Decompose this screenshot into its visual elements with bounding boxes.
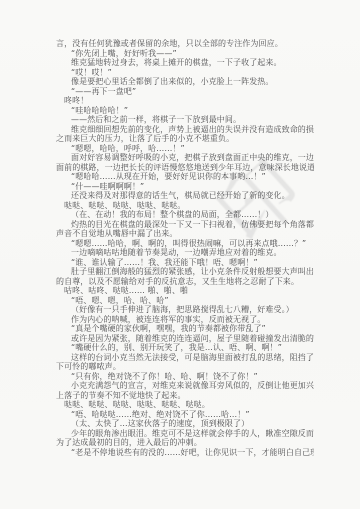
text-line: “只有你，绝对饶不了你！哈、哈、啊！饶不了你！” bbox=[56, 372, 314, 382]
text-line: “老是不停地说些有的没的……好吧，让你见识一下，才能明白自己现在的立场。” bbox=[56, 448, 314, 458]
text-line: “真是个嘴硬的家伙啊，嘿嘿，我的节奏都被你带乱了” bbox=[56, 324, 314, 334]
text-line: “你先闭上嘴，好好听我——” bbox=[56, 49, 314, 59]
text-line: “嗯哈哈……从现在开始，要好好见识你的本事哟…！” bbox=[56, 172, 314, 182]
document-page: 印 言，没有任何犹豫或者保留的余地，只以全部的专注作为回应。“你先闭上嘴，好好听… bbox=[0, 0, 360, 509]
text-line: “谁、谁认输了……！我、我还能下哦！唔、嗯啊！” bbox=[56, 258, 314, 268]
text-line: 之而来巨大的压力，让落了后手的小克不堪重负。 bbox=[56, 134, 314, 144]
text-line: “哎！哎！” bbox=[56, 68, 314, 78]
text-line: 哒哒、哒哒、哒哒、哒哒、哒哒、哒哒。 bbox=[56, 400, 314, 410]
text-line: 下可怜的嘟哝声。 bbox=[56, 362, 314, 372]
text-line: 或许是因为紧张，随着维克的连连逼问，屋子里随着碰撞发出清脆的响声。 bbox=[56, 334, 314, 344]
text-line: 肚子里翻江倒海般的猛烈的紧张感，让小克条件反射般想要大声叫出来，可是 bbox=[56, 267, 314, 277]
text-line: ——然后和之前一样，将棋子一下放到最中间。 bbox=[56, 115, 314, 125]
text-line: “唔、嗯、嗯，哈、哈、哈” bbox=[56, 296, 314, 306]
text-line: 还没来得及对那得意的话生气，棋局就已经开始了新的变化。 bbox=[56, 191, 314, 201]
text-line: 咕咚、咕咚、哒哒…… 啪、啪、啪 bbox=[56, 286, 314, 296]
text-line: 的自尊，以及不愿输给对手的反抗意志，又生生地将之忍耐了下来。 bbox=[56, 277, 314, 287]
text-line: “唔、哈哒哒……绝对、绝对饶不了你……哈…！” bbox=[56, 410, 314, 420]
text-line: 小克充满怨气的宣言，对维克来说就像耳旁风似的，反倒让他更加兴奋起来， bbox=[56, 381, 314, 391]
text-line: 一边嘀嘀咕咕地随着节奏晃动，一边嘲弄地应对着的维克。 bbox=[56, 248, 314, 258]
text-line: 像是要把心里话全都倒了出来似的，小克脸上一阵发热。 bbox=[56, 77, 314, 87]
text-line: “嗯嗯……哈哈，啊、啊的，叫得很热闹嘛，可以再来点哦……？” bbox=[56, 239, 314, 249]
text-line: 上落子的节奏不知不觉地快了起来。 bbox=[56, 391, 314, 401]
text-block: 言，没有任何犹豫或者保留的余地，只以全部的专注作为回应。“你先闭上嘴，好好听我—… bbox=[56, 39, 314, 457]
text-line: 哒哒、哒哒、哒哒、哒哒、哒哒。 bbox=[56, 201, 314, 211]
text-line: （在、在动！我的布局！整个棋盘的局面，全都……！） bbox=[56, 210, 314, 220]
text-line: 少年的眼角渗出眼泪。维克可不是这样就会停手的人，瞅准空隙反而更加卖力 bbox=[56, 429, 314, 439]
text-line: （太、太快了…这家伙落子的速度，顶到极限了） bbox=[56, 419, 314, 429]
text-line: 作为内心的呐喊，被连连将军的事实，反而被无视了。 bbox=[56, 315, 314, 325]
text-line: 为了达成最初的目的，进入最后的冲刺。 bbox=[56, 438, 314, 448]
text-line: 咚咚！ bbox=[56, 96, 314, 106]
scanned-novel-page: { "page": { "watermark": { "glyph": "印" … bbox=[0, 0, 360, 509]
text-line: 面前的棋路，一边把长长的评语慢悠悠地送到少年耳边，意味深长地说道： bbox=[56, 163, 314, 173]
text-line: 面对好容易调整好呼吸的小克，把棋子放到盘面正中央的维克，一边打量着对 bbox=[56, 153, 314, 163]
text-line: “什——哇啊啊啊！” bbox=[56, 182, 314, 192]
text-line: （好像有一只手伸进了脑海，把思路搅得乱七八糟，好难受。） bbox=[56, 305, 314, 315]
text-line: 言，没有任何犹豫或者保留的余地，只以全部的专注作为回应。 bbox=[56, 39, 314, 49]
text-line: 声音不自觉地从嘴唇中漏了出来。 bbox=[56, 229, 314, 239]
text-line: “哇哈哈哈哈！” bbox=[56, 106, 314, 116]
text-line: “嘴硬什么的，别、别开玩笑了，我是…认、唔、啊、啊！” bbox=[56, 343, 314, 353]
text-line: 维克猛地转过身去，将桌上摊开的棋盘，一下子收了起来。 bbox=[56, 58, 314, 68]
text-line: “嗯嗯，哈哈，呼呼，哈……！” bbox=[56, 144, 314, 154]
text-line: 灼热的目光在棋盘的最深处一下又一下扫视着，仿佛要把每个角落都看穿的压 bbox=[56, 220, 314, 230]
text-line: 这样的台词小克当然无法接受，可是脑海里面被打乱的思绪，阻挡了他的抗议 bbox=[56, 353, 314, 363]
text-line: “——再下一盘吧” bbox=[56, 87, 314, 97]
text-line: 维克细细回想先前的变化，声势上被逼出的失误并没有造成致命的损失，可随 bbox=[56, 125, 314, 135]
